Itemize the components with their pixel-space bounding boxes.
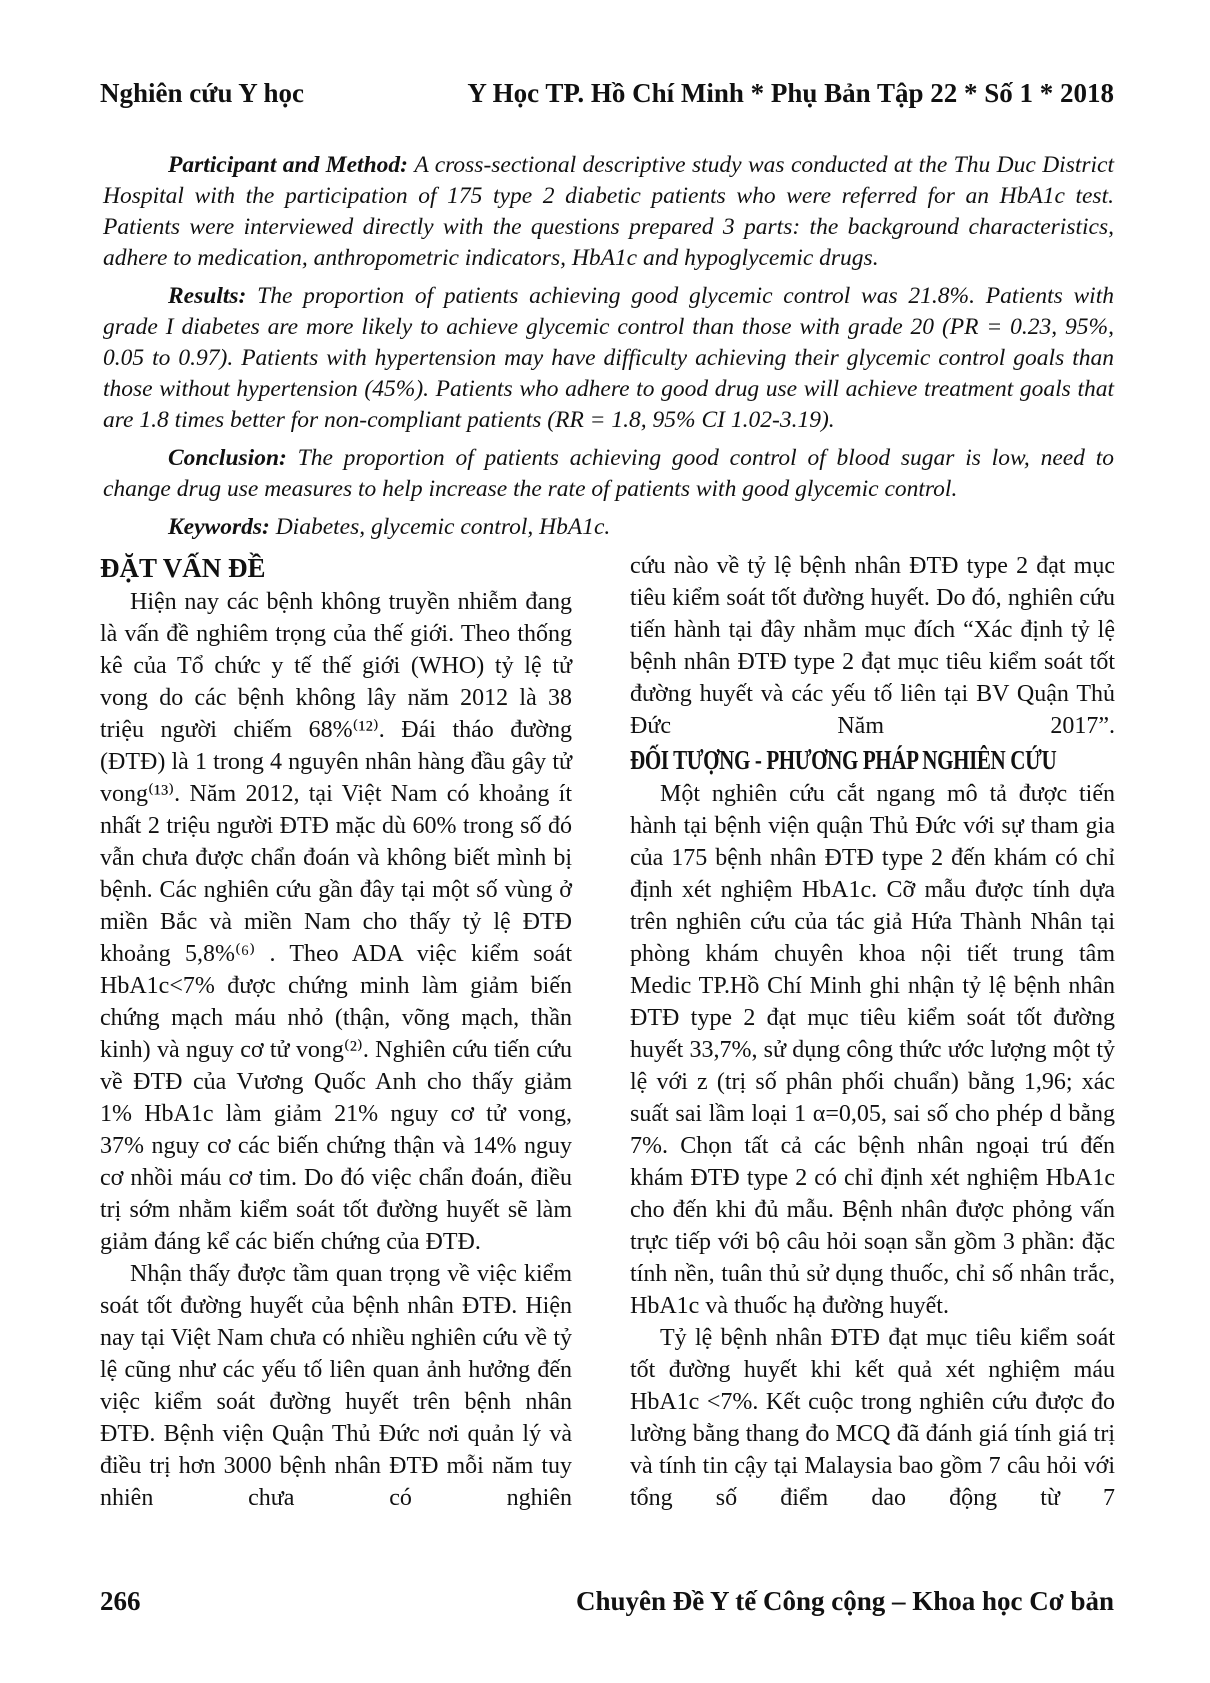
abstract-label-results: Results:	[168, 283, 257, 309]
footer-page-number: 266	[100, 1586, 141, 1617]
header-journal-title: Y Học TP. Hồ Chí Minh * Phụ Bản Tập 22 *…	[467, 76, 1114, 110]
methods-paragraph-1: Một nghiên cứu cắt ngang mô tả được tiến…	[630, 778, 1115, 1322]
abstract-results: Results: The proportion of patients achi…	[103, 281, 1114, 436]
intro-paragraph-2: Nhận thấy được tầm quan trọng về việc ki…	[100, 1258, 572, 1514]
methods-paragraph-2: Tỷ lệ bệnh nhân ĐTĐ đạt mục tiêu kiểm so…	[630, 1322, 1115, 1514]
two-column-body: ĐẶT VẤN ĐỀ Hiện nay các bệnh không truyề…	[100, 550, 1115, 1514]
abstract-section: Participant and Method: A cross-sectiona…	[103, 150, 1114, 543]
left-column: ĐẶT VẤN ĐỀ Hiện nay các bệnh không truyề…	[100, 550, 572, 1514]
abstract-text-keywords: Diabetes, glycemic control, HbA1c.	[276, 514, 611, 540]
abstract-conclusion: Conclusion: The proportion of patients a…	[103, 443, 1114, 505]
abstract-label-conclusion: Conclusion:	[168, 445, 298, 471]
paper-page: Nghiên cứu Y học Y Học TP. Hồ Chí Minh *…	[0, 0, 1210, 1683]
abstract-keywords: Keywords: Diabetes, glycemic control, Hb…	[103, 512, 1114, 543]
section-heading-methods-text: ĐỐI TƯỢNG - PHƯƠNG PHÁP NGHIÊN CỨU	[630, 742, 1056, 778]
section-heading-methods: ĐỐI TƯỢNG - PHƯƠNG PHÁP NGHIÊN CỨU	[630, 742, 1115, 778]
section-heading-introduction: ĐẶT VẤN ĐỀ	[100, 550, 572, 586]
page-footer: 266 Chuyên Đề Y tế Công cộng – Khoa học …	[100, 1586, 1114, 1617]
abstract-label-participant-method: Participant and Method:	[168, 152, 414, 178]
intro-paragraph-continuation: cứu nào về tỷ lệ bệnh nhân ĐTĐ type 2 đạ…	[630, 550, 1115, 742]
abstract-participant-method: Participant and Method: A cross-sectiona…	[103, 150, 1114, 274]
header-section-title: Nghiên cứu Y học	[100, 76, 304, 110]
intro-paragraph-1: Hiện nay các bệnh không truyền nhiễm đan…	[100, 586, 572, 1258]
page-header: Nghiên cứu Y học Y Học TP. Hồ Chí Minh *…	[0, 0, 1210, 110]
right-column: cứu nào về tỷ lệ bệnh nhân ĐTĐ type 2 đạ…	[630, 550, 1115, 1514]
footer-issue-title: Chuyên Đề Y tế Công cộng – Khoa học Cơ b…	[576, 1586, 1114, 1617]
abstract-label-keywords: Keywords:	[168, 514, 276, 540]
